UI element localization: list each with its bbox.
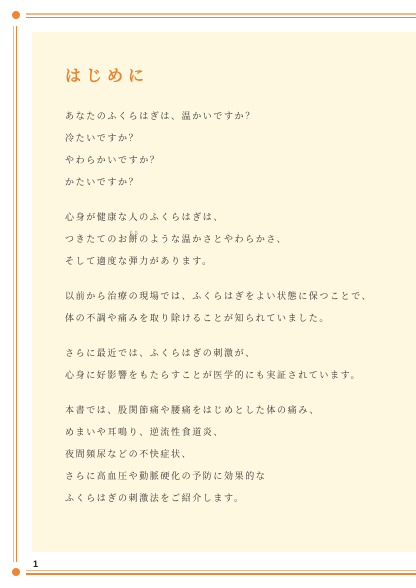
paragraph-1: あなたのふくらはぎは、温かいですか？ 冷たいですか？ やわらかいですか？ かたい… — [65, 106, 372, 194]
ruby-annotation: 餅もち — [129, 235, 140, 245]
top-border-line-inner — [26, 17, 416, 19]
bottom-border-line-outer — [26, 570, 416, 572]
paragraph-5: 本書では、股関節痛や腰痛をはじめとした体の痛み、 めまいや耳鳴り、逆流性食道炎、… — [65, 400, 372, 510]
paragraph-3: 以前から治療の現場では、ふくらはぎをよい状態に保つことで、 体の不調や痛みを取り… — [65, 286, 372, 330]
ruby-base: 餅 — [129, 235, 140, 245]
text-line: 体の不調や痛みを取り除けることが知られていました。 — [65, 308, 372, 330]
page-title: はじめに — [65, 63, 149, 86]
text-line-with-ruby: つきたてのお餅もちのような温かさとやわらかさ、 — [65, 229, 372, 251]
text-segment: つきたてのお — [65, 235, 129, 245]
paragraph-2: 心身が健康な人のふくらはぎは、 つきたてのお餅もちのような温かさとやわらかさ、 … — [65, 207, 372, 273]
left-border-line-outer — [13, 26, 15, 562]
top-corner-dot-ornament — [12, 11, 20, 19]
bottom-border-line-inner — [26, 573, 416, 575]
text-line: 心身に好影響をもたらすことが医学的にも実証されています。 — [65, 365, 372, 387]
text-line: 以前から治療の現場では、ふくらはぎをよい状態に保つことで、 — [65, 286, 372, 308]
body-text: あなたのふくらはぎは、温かいですか？ 冷たいですか？ やわらかいですか？ かたい… — [65, 106, 372, 523]
left-border-line-inner — [16, 26, 18, 562]
text-line: めまいや耳鳴り、逆流性食道炎、 — [65, 422, 372, 444]
bottom-corner-dot-ornament — [12, 568, 20, 576]
text-line: やわらかいですか？ — [65, 150, 372, 172]
text-line: さらに最近では、ふくらはぎの刺激が、 — [65, 343, 372, 365]
text-line: 夜間頻尿などの不快症状、 — [65, 444, 372, 466]
paragraph-4: さらに最近では、ふくらはぎの刺激が、 心身に好影響をもたらすことが医学的にも実証… — [65, 343, 372, 387]
text-line: そして適度な弾力があります。 — [65, 251, 372, 273]
text-line: 心身が健康な人のふくらはぎは、 — [65, 207, 372, 229]
text-line: あなたのふくらはぎは、温かいですか？ — [65, 106, 372, 128]
text-segment: のような温かさとやわらかさ、 — [139, 235, 287, 245]
ruby-reading: もち — [129, 230, 140, 235]
text-line: 本書では、股関節痛や腰痛をはじめとした体の痛み、 — [65, 400, 372, 422]
text-line: 冷たいですか？ — [65, 128, 372, 150]
text-line: かたいですか？ — [65, 172, 372, 194]
text-line: ふくらはぎの刺激法をご紹介します。 — [65, 488, 372, 510]
page-number: 1 — [33, 559, 38, 569]
text-line: さらに高血圧や動脈硬化の予防に効果的な — [65, 466, 372, 488]
top-border-line-outer — [26, 13, 416, 15]
